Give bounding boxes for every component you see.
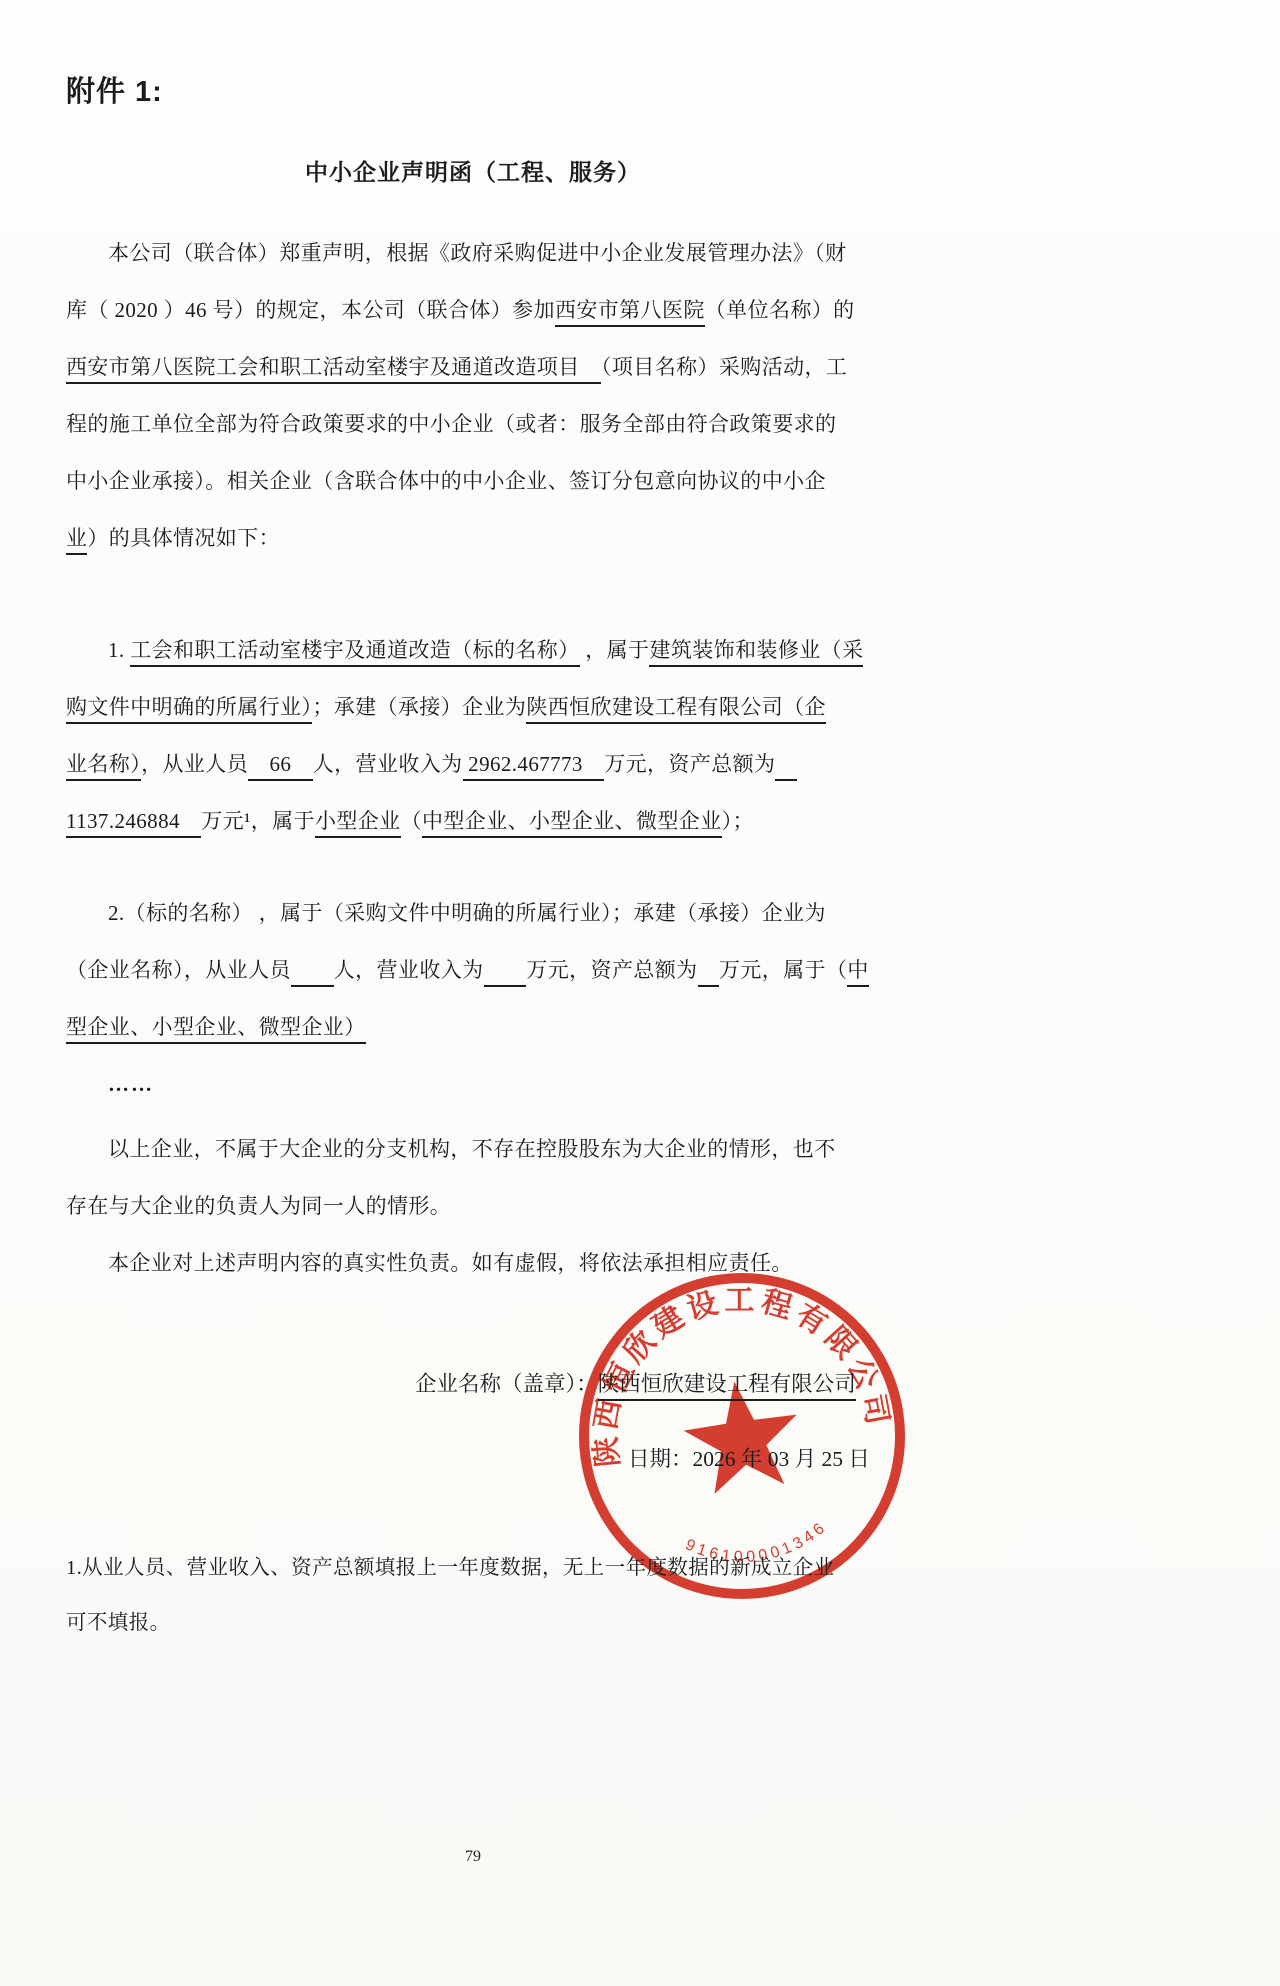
underlined-text: 西安市第八医院工会和职工活动室楼宇及通道改造项目: [66, 355, 601, 384]
text-segment: 万元，属于（: [719, 958, 847, 982]
text-segment: 万元，资产总额为: [526, 958, 697, 982]
underlined-text: 2962.467773: [463, 752, 605, 781]
underlined-text: 型企业、小型企业、微型企业）: [66, 1015, 366, 1044]
text-line: 存在与大企业的负责人为同一人的情形。: [66, 1178, 880, 1235]
underlined-text: 小型企业: [315, 809, 401, 838]
underlined-text: 中: [847, 958, 868, 987]
text-segment: （: [401, 809, 422, 833]
company-name-label: 企业名称（盖章）：: [415, 1372, 598, 1396]
paragraph-item-2: 2.（标的名称） ，属于（采购文件中明确的所属行业）；承建（承接）企业为（企业名…: [66, 885, 880, 1056]
text-line: 可不填报。: [66, 1596, 880, 1651]
text-segment: 本公司（联合体）郑重声明，根据《政府采购促进中小企业发展管理办法》（财: [108, 241, 847, 265]
text-segment: ）；: [722, 809, 754, 833]
document-page: 陕西恒欣建设工程有限公司 916100001346 附件 1: 中小企业声明函（…: [0, 0, 1280, 1986]
text-segment: （单位名称）的: [705, 298, 855, 322]
text-segment: ）的具体情况如下：: [87, 526, 280, 550]
paragraph-promise: 本企业对上述声明内容的真实性负责。如有虚假，将依法承担相应责任。: [66, 1235, 880, 1292]
paragraph-closing: 以上企业，不属于大企业的分支机构，不存在控股股东为大企业的情形，也不存在与大企业…: [66, 1121, 880, 1235]
underlined-text: 建筑装饰和装修业（采: [649, 638, 863, 667]
underlined-text: 业名称）: [66, 752, 141, 781]
text-line: 库（ 2020 ）46 号）的规定，本公司（联合体）参加西安市第八医院（单位名称…: [66, 282, 880, 339]
text-segment: 程的施工单位全部为符合政策要求的中小企业（或者：服务全部由符合政策要求的: [66, 412, 836, 436]
underlined-text: [775, 752, 796, 781]
company-name-value: 陕西恒欣建设工程有限公司: [598, 1372, 856, 1401]
text-line: （企业名称），从业人员 人，营业收入为 万元，资产总额为 万元，属于（中: [66, 942, 880, 999]
underlined-text: 西安市第八医院: [555, 298, 705, 327]
text-segment: ……: [108, 1072, 154, 1096]
text-line: 1137.246884 万元¹，属于小型企业（中型企业、小型企业、微型企业）；: [66, 793, 880, 850]
attachment-label: 附件 1:: [66, 75, 880, 109]
text-segment: 万元¹，属于: [201, 809, 315, 833]
text-segment: 1.: [108, 638, 130, 662]
text-line: 本企业对上述声明内容的真实性负责。如有虚假，将依法承担相应责任。: [66, 1235, 880, 1292]
text-segment: 2.（标的名称） ，属于（采购文件中明确的所属行业）；承建（承接）企业为: [108, 901, 826, 925]
underlined-text: 购文件中明确的所属行业）: [66, 695, 312, 724]
underlined-text: [484, 958, 527, 987]
text-line: ……: [66, 1056, 880, 1113]
text-line: 西安市第八医院工会和职工活动室楼宇及通道改造项目 （项目名称）采购活动，工: [66, 339, 880, 396]
text-segment: 可不填报。: [66, 1612, 171, 1634]
document-content: 附件 1: 中小企业声明函（工程、服务） 本公司（联合体）郑重声明，根据《政府采…: [66, 75, 880, 1651]
paragraph-footnote: 1.从业人员、营业收入、资产总额填报上一年度数据，无上一年度数据的新成立企业可不…: [66, 1541, 880, 1651]
text-line: 本公司（联合体）郑重声明，根据《政府采购促进中小企业发展管理办法》（财: [66, 225, 880, 282]
text-line: 中小企业承接）。相关企业（含联合体中的中小企业、签订分包意向协议的中小企: [66, 453, 880, 510]
text-segment: 人，营业收入为: [334, 958, 484, 982]
text-line: 购文件中明确的所属行业）；承建（承接）企业为陕西恒欣建设工程有限公司（企: [66, 679, 880, 736]
underlined-text: 业: [66, 526, 87, 555]
text-segment: （项目名称）采购活动，工: [601, 355, 847, 379]
text-line: 业名称），从业人员 66 人，营业收入为 2962.467773 万元，资产总额…: [66, 736, 880, 793]
underlined-text: 工会和职工活动室楼宇及通道改造（标的名称）: [130, 638, 579, 667]
underlined-text: [698, 958, 719, 987]
underlined-text: 66: [248, 752, 313, 781]
text-segment: ，从业人员: [141, 752, 248, 776]
text-segment: 万元，资产总额为: [604, 752, 775, 776]
text-segment: 存在与大企业的负责人为同一人的情形。: [66, 1194, 451, 1218]
text-line: 2.（标的名称） ，属于（采购文件中明确的所属行业）；承建（承接）企业为: [66, 885, 880, 942]
signature-company-line: 企业名称（盖章）：陕西恒欣建设工程有限公司: [415, 1356, 880, 1413]
underlined-text: 陕西恒欣建设工程有限公司（企: [526, 695, 826, 724]
text-line: 型企业、小型企业、微型企业）: [66, 999, 880, 1056]
paragraph-item-1: 1. 工会和职工活动室楼宇及通道改造（标的名称） ，属于建筑装饰和装修业（采购文…: [66, 622, 880, 850]
text-segment: 1.从业人员、营业收入、资产总额填报上一年度数据，无上一年度数据的新成立企业: [66, 1557, 835, 1579]
text-line: 程的施工单位全部为符合政策要求的中小企业（或者：服务全部由符合政策要求的: [66, 396, 880, 453]
text-line: 1.从业人员、营业收入、资产总额填报上一年度数据，无上一年度数据的新成立企业: [66, 1541, 880, 1596]
text-segment: 以上企业，不属于大企业的分支机构，不存在控股股东为大企业的情形，也不: [108, 1137, 836, 1161]
text-segment: （企业名称），从业人员: [66, 958, 291, 982]
underlined-text: 1137.246884: [66, 809, 201, 838]
document-title: 中小企业声明函（工程、服务）: [66, 157, 880, 187]
text-segment: 人，营业收入为: [313, 752, 463, 776]
underlined-text: [291, 958, 334, 987]
text-line: 以上企业，不属于大企业的分支机构，不存在控股股东为大企业的情形，也不: [66, 1121, 880, 1178]
underlined-text: 中型企业、小型企业、微型企业: [422, 809, 722, 838]
text-line: 业）的具体情况如下：: [66, 510, 880, 567]
paragraph-ellipsis: ……: [66, 1056, 880, 1113]
text-segment: 中小企业承接）。相关企业（含联合体中的中小企业、签订分包意向协议的中小企: [66, 469, 826, 493]
text-segment: 库（ 2020 ）46 号）的规定，本公司（联合体）参加: [66, 298, 555, 322]
paragraph-declaration: 本公司（联合体）郑重声明，根据《政府采购促进中小企业发展管理办法》（财库（ 20…: [66, 225, 880, 567]
text-segment: ；承建（承接）企业为: [312, 695, 526, 719]
text-line: 1. 工会和职工活动室楼宇及通道改造（标的名称） ，属于建筑装饰和装修业（采: [66, 622, 880, 679]
text-segment: 本企业对上述声明内容的真实性负责。如有虚假，将依法承担相应责任。: [108, 1251, 793, 1275]
signature-date-line: 日期：2026 年 03 月 25 日: [628, 1431, 880, 1488]
text-segment: ，属于: [580, 638, 650, 662]
page-number: 79: [66, 1848, 880, 1866]
